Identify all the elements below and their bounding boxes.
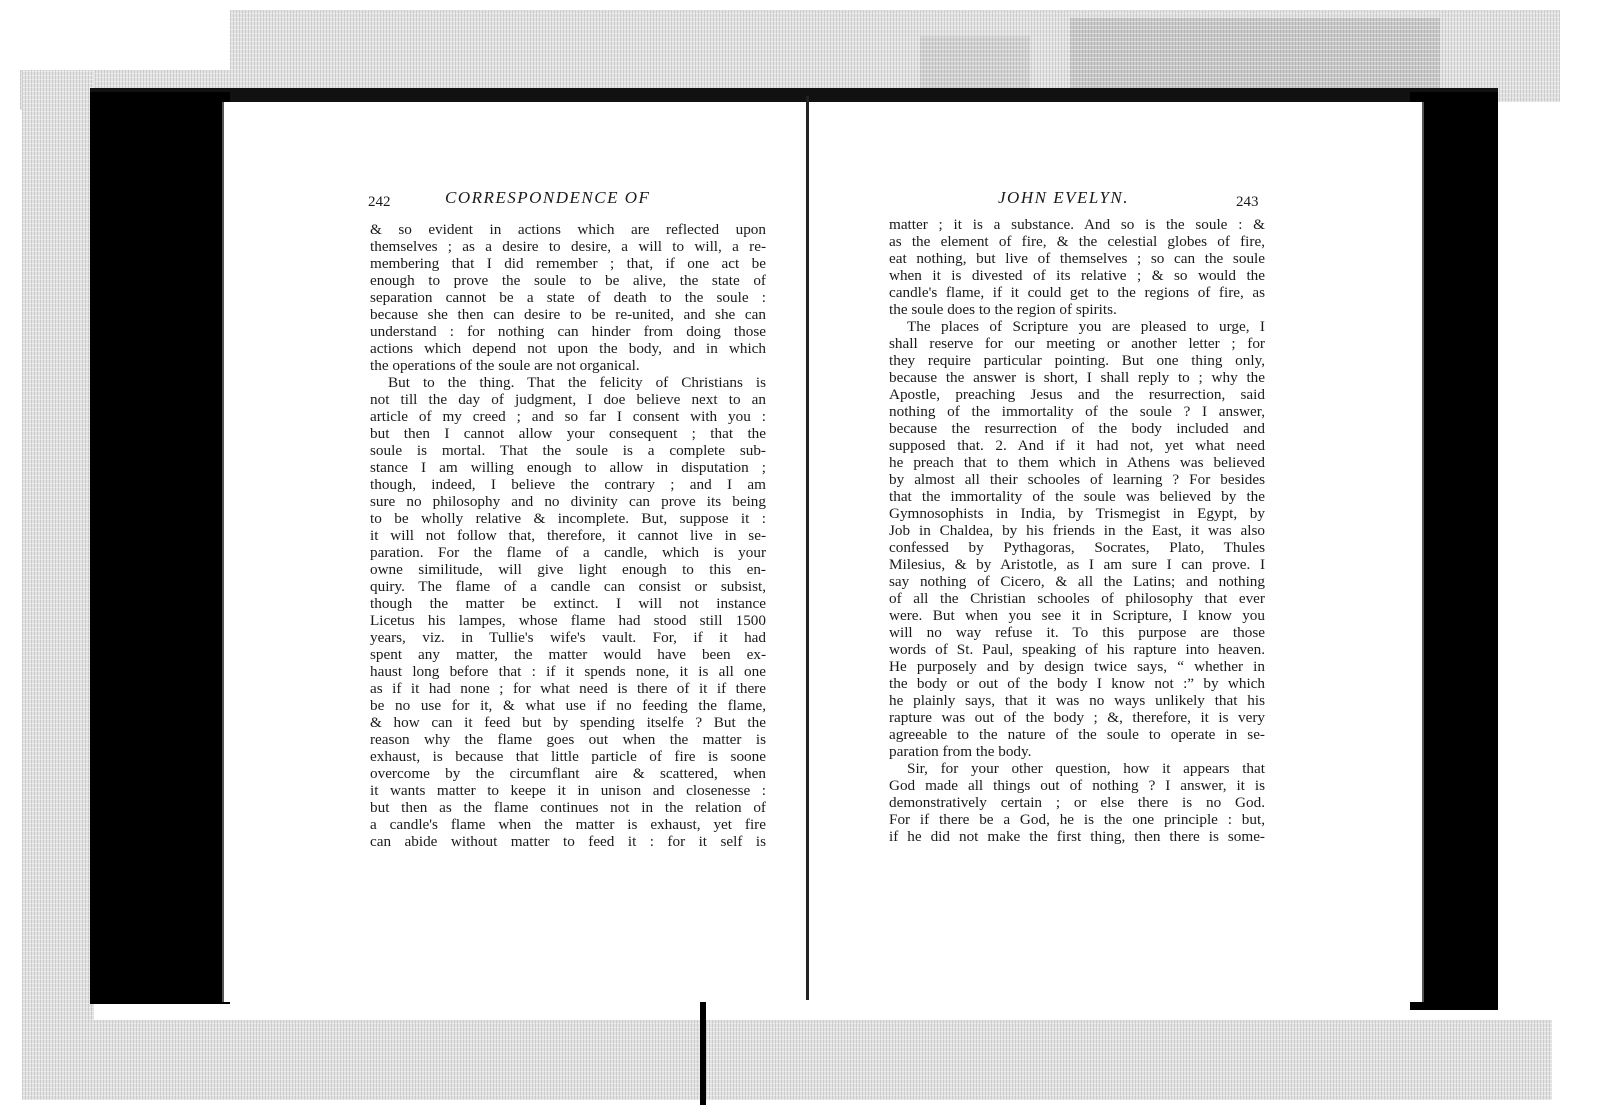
text-line: understand : for nothing can hinder from… [370,323,766,340]
book-gutter [806,96,809,1000]
text-line: & so evident in actions which are reflec… [370,221,766,238]
text-line: though the matter be extinct. I will not… [370,595,766,612]
text-line: he plainly says, that it was no ways unl… [889,692,1265,709]
text-line: to be wholly relative & incomplete. But,… [370,510,766,527]
page-number-right: 243 [1236,194,1259,211]
text-line: paration from the body. [889,743,1265,760]
text-line: Sir, for your other question, how it app… [889,760,1265,777]
text-line: not till the day of judgment, I doe beli… [370,391,766,408]
text-line: overcome by the circumflant aire & scatt… [370,765,766,782]
text-line: demonstratively certain ; or else there … [889,794,1265,811]
text-line: separation cannot be a state of death to… [370,289,766,306]
text-line: the body or out of the body I know not :… [889,675,1265,692]
text-line: The places of Scripture you are pleased … [889,318,1265,335]
text-line: though, indeed, I believe the contrary ;… [370,476,766,493]
text-line: eat nothing, but live of themselves ; so… [889,250,1265,267]
text-line: soule is mortal. That the soule is a com… [370,442,766,459]
text-line: membering that I did remember ; that, if… [370,255,766,272]
text-line: because the resurrection of the body inc… [889,420,1265,437]
text-line: nothing of the immortality of the soule … [889,403,1265,420]
text-line: owne similitude, will give light enough … [370,561,766,578]
text-line: that the immortality of the soule was be… [889,488,1265,505]
text-line: Gymnosophists in India, by Trismegist in… [889,505,1265,522]
text-line: paration. For the flame of a candle, whi… [370,544,766,561]
book-cover-left [90,92,230,1004]
text-line: by almost all their schooles of learning… [889,471,1265,488]
text-line: Apostle, preaching Jesus and the resurre… [889,386,1265,403]
text-line: of all the Christian schooles of philoso… [889,590,1265,607]
right-page-body: matter ; it is a substance. And so is th… [889,216,1265,845]
text-line: candle's flame, if it could get to the r… [889,284,1265,301]
text-line: Milesius, & by Aristotle, as I am sure I… [889,556,1265,573]
text-line: when it is divested of its relative ; & … [889,267,1265,284]
text-line: as the element of fire, & the celestial … [889,233,1265,250]
text-line: For if there be a God, he is the one pri… [889,811,1265,828]
text-line: words of St. Paul, speaking of his raptu… [889,641,1265,658]
text-line: it will not follow that, therefore, it c… [370,527,766,544]
scan-background-block [1070,18,1440,98]
text-line: as if it had none ; for what need is the… [370,680,766,697]
text-line: themselves ; as a desire to desire, a wi… [370,238,766,255]
text-line: But to the thing. That the felicity of C… [370,374,766,391]
text-line: a candle's flame when the matter is exha… [370,816,766,833]
text-line: actions which depend not upon the body, … [370,340,766,357]
text-line: God made all things out of nothing ? I a… [889,777,1265,794]
text-line: can abide without matter to feed it : fo… [370,833,766,850]
text-line: were. But when you see it in Scripture, … [889,607,1265,624]
left-page-body: & so evident in actions which are reflec… [370,221,766,850]
text-line: the operations of the soule are not orga… [370,357,766,374]
text-line: years, viz. in Tullie's wife's vault. Fo… [370,629,766,646]
text-line: because she then can desire to be re-uni… [370,306,766,323]
scan-background-bottom [22,1020,1552,1100]
text-line: He purposely and by design twice says, “… [889,658,1265,675]
text-line: enough to prove the soule to be alive, t… [370,272,766,289]
text-line: & how can it feed but by spending itself… [370,714,766,731]
book-spine-shadow [700,1000,706,1105]
text-line: agreeable to the nature of the soule to … [889,726,1265,743]
text-line: exhaust, is because that little particle… [370,748,766,765]
text-line: stance I am willing enough to allow in d… [370,459,766,476]
text-line: rapture was out of the body ; &, therefo… [889,709,1265,726]
text-line: they require particular pointing. But on… [889,352,1265,369]
text-line: sure no philosophy and no divinity can p… [370,493,766,510]
text-line: say nothing of Cicero, & all the Latins;… [889,573,1265,590]
page-number-left: 242 [368,194,391,211]
text-line: be no use for it, & what use if no feedi… [370,697,766,714]
text-line: it wants matter to keepe it in unison an… [370,782,766,799]
text-line: if he did not make the first thing, then… [889,828,1265,845]
text-line: confessed by Pythagoras, Socrates, Plato… [889,539,1265,556]
running-head-left: CORRESPONDENCE OF [445,188,650,208]
text-line: but then as the flame continues not in t… [370,799,766,816]
text-line: supposed that. 2. And if it had not, yet… [889,437,1265,454]
text-line: but then I cannot allow your consequent … [370,425,766,442]
text-line: shall reserve for our meeting or another… [889,335,1265,352]
text-line: haust long before that : if it spends no… [370,663,766,680]
text-line: he preach that to them which in Athens w… [889,454,1265,471]
text-line: matter ; it is a substance. And so is th… [889,216,1265,233]
text-line: because the answer is short, I shall rep… [889,369,1265,386]
text-line: spent any matter, the matter would have … [370,646,766,663]
running-head-right: JOHN EVELYN. [998,188,1129,208]
text-line: Licetus his lampes, whose flame had stoo… [370,612,766,629]
text-line: Job in Chaldea, by his friends in the Ea… [889,522,1265,539]
text-line: will no way refuse it. To this purpose a… [889,624,1265,641]
text-line: article of my creed ; and so far I conse… [370,408,766,425]
text-line: the soule does to the region of spirits. [889,301,1265,318]
scan-background-left [22,70,94,1080]
text-line: reason why the flame goes out when the m… [370,731,766,748]
book-top-edge [90,88,1498,102]
text-line: quiry. The flame of a candle can consist… [370,578,766,595]
